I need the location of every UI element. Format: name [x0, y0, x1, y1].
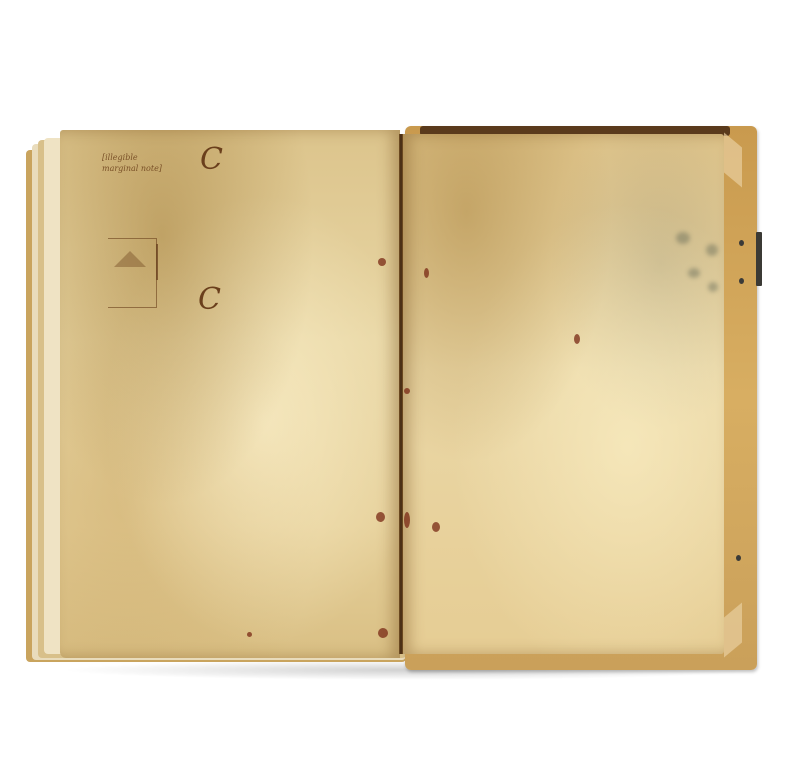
cover-nail: [736, 555, 741, 561]
mold-spot: [688, 268, 700, 278]
script-line: [220, 211, 585, 227]
script-line: [222, 353, 587, 369]
script-line: [222, 554, 587, 570]
script-line: [220, 231, 585, 247]
cover-nail: [739, 240, 744, 246]
script-line: [222, 494, 587, 510]
script-line: [220, 170, 585, 186]
script-line: [222, 454, 587, 470]
script-line: [222, 575, 572, 591]
mold-spot: [706, 244, 718, 256]
script-line: [160, 250, 580, 266]
marginal-sketch: [108, 238, 157, 308]
script-line: [222, 292, 587, 308]
script-line: [222, 474, 587, 490]
mold-spot: [676, 232, 690, 244]
ink-stain: [378, 628, 388, 638]
paragraph-2: [160, 250, 580, 290]
cover-nail: [739, 278, 744, 284]
mold-spot: [708, 282, 718, 292]
ink-stain: [404, 388, 410, 394]
ink-stain: [378, 258, 386, 266]
ink-stain: [404, 512, 410, 528]
script-line: [222, 270, 332, 286]
ink-stain: [376, 512, 385, 522]
script-line: [222, 312, 587, 328]
ink-stain: [574, 334, 580, 344]
script-line: [220, 150, 585, 166]
script-line: [222, 534, 587, 550]
script-line: [222, 332, 587, 348]
paragraph-bracket: [156, 244, 158, 280]
metal-clasp: [756, 232, 762, 286]
script-line: [220, 190, 585, 206]
margin-note: [illegible marginal note]: [102, 152, 162, 174]
ink-stain: [247, 632, 252, 637]
script-line: [222, 413, 587, 429]
manuscript-photo: [illegible marginal note] C C: [0, 0, 800, 774]
ink-stain: [424, 268, 429, 278]
decorated-initial: C: [198, 282, 221, 317]
script-line: [222, 373, 587, 389]
paragraph-3: [222, 292, 587, 595]
ink-stain: [432, 522, 440, 532]
script-line: [222, 393, 587, 409]
script-line: [222, 433, 587, 449]
